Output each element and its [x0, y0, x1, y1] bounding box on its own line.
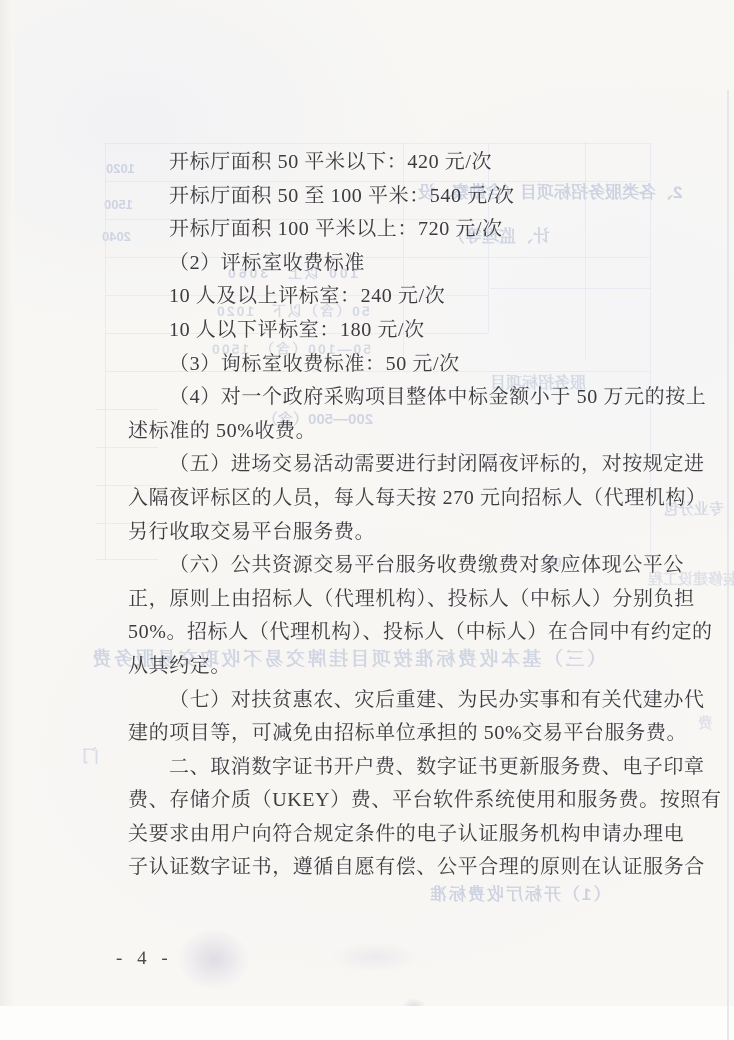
document-line: 开标厅面积 50 至 100 平米：540 元/次: [128, 180, 684, 214]
document-line: （六）公共资源交易平台服务收费缴费对象应体现公平公: [128, 549, 684, 583]
scan-smudge: [330, 942, 420, 972]
document-line: （2）评标室收费标准: [128, 247, 684, 281]
document-line: 10 人以下评标室：180 元/次: [128, 314, 684, 348]
scanned-document-page: 2、各类服务招标项目（含勘察、设计、监理等）102015002040100 以上…: [0, 0, 734, 1040]
document-line: 子认证数字证书，遵循自愿有偿、公平合理的原则在认证服务合: [128, 851, 684, 885]
document-line: 开标厅面积 50 平米以下：420 元/次: [128, 146, 684, 180]
document-line: （五）进场交易活动需要进行封闭隔夜评标的，对按规定进: [128, 448, 684, 482]
bleedthrough-text: 2040: [102, 229, 131, 244]
document-line: 正，原则上由招标人（代理机构）、投标人（中标人）分别负担: [128, 583, 684, 617]
document-line: 二、取消数字证书开户费、数字证书更新服务费、电子印章: [128, 751, 684, 785]
page-edge-right: [727, 90, 729, 1040]
document-line: 建的项目等，可减免由招标单位承担的 50%交易平台服务费。: [128, 717, 684, 751]
bleed-grid-line: [105, 143, 650, 144]
document-line: 费、存储介质（UKEY）费、平台软件系统使用和服务费。按照有: [128, 784, 684, 818]
document-line: （七）对扶贫惠农、灾后重建、为民办实事和有关代建办代: [128, 684, 684, 718]
document-line: （3）询标室收费标准：50 元/次: [128, 348, 684, 382]
document-line: 10 人及以上评标室：240 元/次: [128, 280, 684, 314]
document-body: 开标厅面积 50 平米以下：420 元/次开标厅面积 50 至 100 平米：5…: [128, 146, 684, 885]
bleed-grid-line: [105, 143, 106, 560]
page-number: - 4 -: [116, 948, 173, 970]
document-line: 入隔夜评标区的人员，每人每天按 270 元向招标人（代理机构）: [128, 482, 684, 516]
document-line: 另行收取交易平台服务费。: [128, 516, 684, 550]
document-line: 从其约定。: [128, 650, 684, 684]
page-edge-bottom: [0, 1006, 734, 1040]
document-line: 述标准的 50%收费。: [128, 415, 684, 449]
bleedthrough-text: 门: [82, 742, 99, 767]
document-line: （4）对一个政府采购项目整体中标金额小于 50 万元的按上: [128, 381, 684, 415]
document-line: 开标厅面积 100 平米以上：720 元/次: [128, 213, 684, 247]
document-line: 50%。招标人（代理机构）、投标人（中标人）在合同中有约定的: [128, 616, 684, 650]
page-edge-left: [0, 0, 14, 1040]
scan-smudge: [178, 928, 250, 990]
document-line: 关要求由用户向符合规定条件的电子认证服务机构申请办理电: [128, 818, 684, 852]
